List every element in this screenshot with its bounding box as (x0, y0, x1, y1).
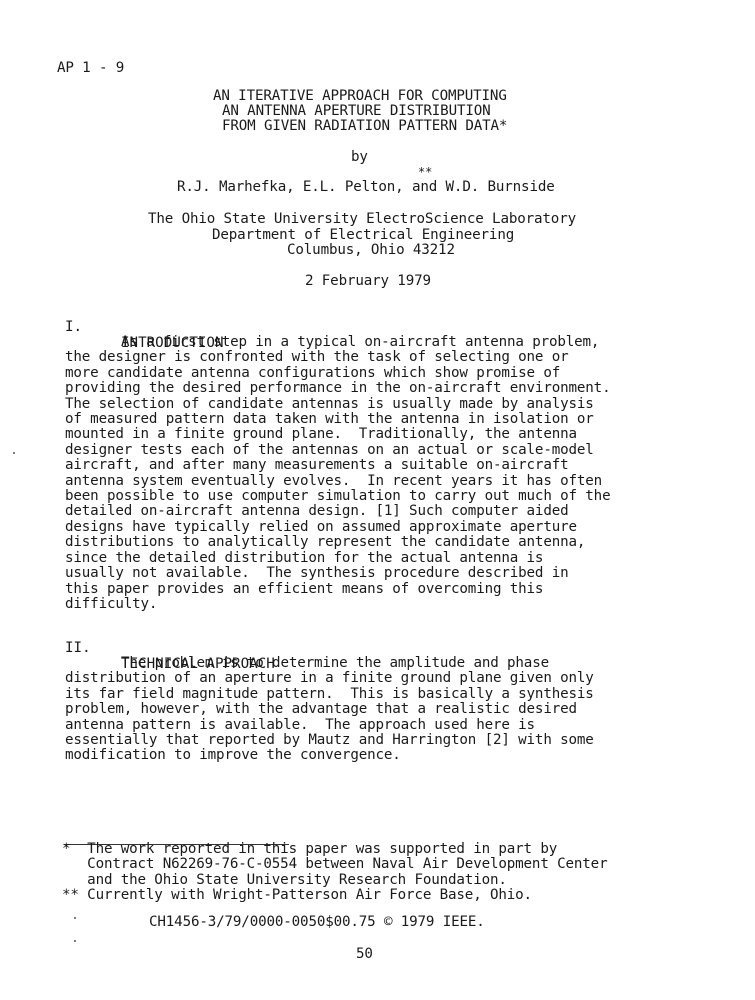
text-line: designs have typically relied on assumed… (65, 520, 610, 535)
page-number: 50 (356, 947, 373, 962)
footnote-line: * The work reported in this paper was su… (62, 842, 607, 857)
footnote-line: ** Currently with Wright-Patterson Air F… (62, 888, 607, 903)
text-line: of measured pattern data taken with the … (65, 412, 610, 427)
text-line: since the detailed distribution for the … (65, 551, 610, 566)
text-line: As a first step in a typical on-aircraft… (65, 335, 610, 350)
footnotes: * The work reported in this paper was su… (62, 842, 607, 904)
scan-speck (74, 940, 76, 942)
authors: R.J. Marhefka, E.L. Pelton, and W.D. Bur… (177, 180, 555, 195)
text-line: this paper provides an efficient means o… (65, 582, 610, 597)
text-line: The selection of candidate antennas is u… (65, 397, 610, 412)
text-line: modification to improve the convergence. (65, 748, 594, 763)
section-number: II. (65, 641, 91, 656)
document-code: AP 1 - 9 (57, 61, 124, 76)
text-line: difficulty. (65, 597, 610, 612)
text-line: detailed on-aircraft antenna design. [1]… (65, 504, 610, 519)
scan-speck (13, 452, 15, 454)
text-line: its far field magnitude pattern. This is… (65, 687, 594, 702)
text-line: the designer is confronted with the task… (65, 350, 610, 365)
text-line: distribution of an aperture in a finite … (65, 671, 594, 686)
text-line: designer tests each of the antennas on a… (65, 443, 610, 458)
text-line: antenna pattern is available. The approa… (65, 718, 594, 733)
text-line: more candidate antenna configurations wh… (65, 366, 610, 381)
text-line: been possible to use computer simulation… (65, 489, 610, 504)
text-line: problem, however, with the advantage tha… (65, 702, 594, 717)
date: 2 February 1979 (305, 274, 431, 289)
text-line: The problem is to determine the amplitud… (65, 656, 594, 671)
section-number: I. (65, 320, 82, 335)
copyright-notice: CH1456-3/79/0000-0050$00.75 © 1979 IEEE. (149, 915, 485, 930)
scan-speck (74, 917, 76, 919)
title-line-3: FROM GIVEN RADIATION PATTERN DATA* (222, 119, 507, 134)
text-line: antenna system eventually evolves. In re… (65, 474, 610, 489)
footnote-line: Contract N62269-76-C-0554 between Naval … (62, 857, 607, 872)
byline-by: by (351, 150, 368, 165)
text-line: aircraft, and after many measurements a … (65, 458, 610, 473)
affiliation-line-1: The Ohio State University ElectroScience… (148, 212, 576, 227)
text-line: distributions to analytically represent … (65, 535, 610, 550)
text-line: essentially that reported by Mautz and H… (65, 733, 594, 748)
introduction-paragraph: As a first step in a typical on-aircraft… (65, 335, 610, 612)
text-line: usually not available. The synthesis pro… (65, 566, 610, 581)
technical-approach-paragraph: The problem is to determine the amplitud… (65, 656, 594, 764)
affiliation-line-3: Columbus, Ohio 43212 (287, 243, 455, 258)
text-line: providing the desired performance in the… (65, 381, 610, 396)
footnote-line: and the Ohio State University Research F… (62, 873, 607, 888)
text-line: mounted in a finite ground plane. Tradit… (65, 427, 610, 442)
